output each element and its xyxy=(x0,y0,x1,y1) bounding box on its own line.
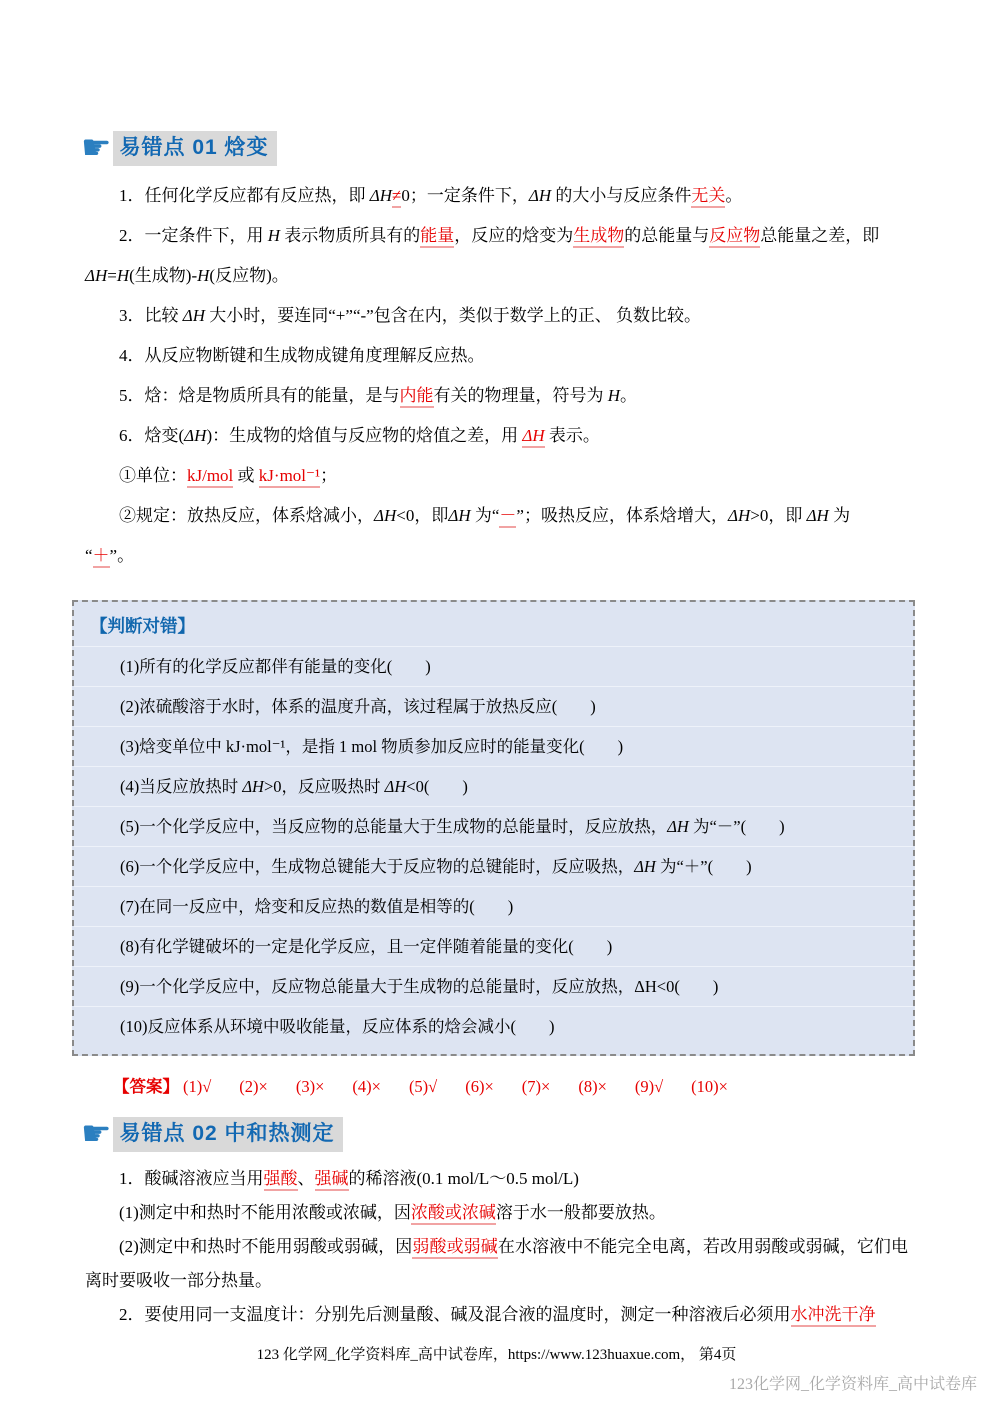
text-segment: ΔH xyxy=(385,777,407,796)
text-segment: ΔH xyxy=(374,506,396,525)
answers-values: (1)√(2)×(3)×(4)×(5)√(6)×(7)×(8)×(9)√(10)… xyxy=(183,1077,756,1096)
judge-item: (3)焓变单位中 kJ·mol⁻¹，是指 1 mol 物质参加反应时的能量变化(… xyxy=(74,726,913,766)
text-segment: 的稀溶液(0.1 mol/L～0.5 mol/L) xyxy=(349,1169,579,1188)
text-segment: kJ/mol xyxy=(187,466,233,488)
text-segment: ； xyxy=(320,466,337,485)
text-segment: >0，反应吸热时 xyxy=(264,777,385,796)
text-segment: (6)一个化学反应中，生成物总键能大于反应物的总键能时，反应吸热， xyxy=(120,857,634,876)
paragraph: 2．要使用同一支温度计：分别先后测量酸、碱及混合液的温度时，测定一种溶液后必须用… xyxy=(85,1298,908,1332)
section1-title: 易错点 01 焓变 xyxy=(113,131,276,166)
text-segment: (生成物)- xyxy=(129,266,197,285)
text-segment: 总能量之差，即 xyxy=(760,226,879,245)
judge-panel: 【判断对错】 (1)所有的化学反应都伴有能量的变化( )(2)浓硫酸溶于水时，体… xyxy=(72,600,915,1056)
answers-line: 【答案】(1)√(2)×(3)×(4)×(5)√(6)×(7)×(8)×(9)√… xyxy=(85,1066,908,1108)
text-segment: (8)有化学键破坏的一定是化学反应，且一定伴随着能量的变化( ) xyxy=(120,937,612,956)
section1-header: ☛ 易错点 01 焓变 xyxy=(81,130,908,166)
text-segment: )：生成物的焓值与反应物的焓值之差，用 xyxy=(206,426,522,445)
text-segment: 表示。 xyxy=(545,426,600,445)
text-segment: 的大小与反应条件 xyxy=(551,186,691,205)
paragraph: ΔH=H(生成物)-H(反应物)。 xyxy=(85,256,908,296)
text-segment: ①单位： xyxy=(119,466,187,485)
text-segment: ΔH xyxy=(448,506,470,525)
text-segment: 2．要使用同一支温度计：分别先后测量酸、碱及混合液的温度时，测定一种溶液后必须用 xyxy=(119,1305,791,1324)
text-segment: 有关的物理量，符号为 xyxy=(434,386,608,405)
text-segment: >0，即 xyxy=(750,506,806,525)
judge-item: (1)所有的化学反应都伴有能量的变化( ) xyxy=(74,646,913,686)
text-segment: 为“－”( ) xyxy=(689,817,785,836)
text-segment: 大小时，要连同“+”“-”包含在内，类似于数学上的正、 负数比较。 xyxy=(205,306,701,325)
document-page: ☛ 易错点 01 焓变 1．任何化学反应都有反应热，即 ΔH≠0；一定条件下，Δ… xyxy=(0,0,993,1404)
text-segment: － xyxy=(499,506,516,528)
judge-item: (10)反应体系从环境中吸收能量，反应体系的焓会减小( ) xyxy=(74,1006,913,1046)
paragraph: (1)测定中和热时不能用浓酸或浓碱，因浓酸或浓碱溶于水一般都要放热。 xyxy=(85,1196,908,1230)
text-segment: 溶于水一般都要放热。 xyxy=(496,1203,666,1222)
answer-value: (8)× xyxy=(578,1077,607,1096)
text-segment: (4)当反应放热时 xyxy=(120,777,242,796)
judge-item: (2)浓硫酸溶于水时，体系的温度升高，该过程属于放热反应( ) xyxy=(74,686,913,726)
text-segment: ΔH xyxy=(667,817,689,836)
text-segment: H xyxy=(117,266,129,285)
text-segment: (7)在同一反应中，焓变和反应热的数值是相等的( ) xyxy=(120,897,513,916)
paragraph: 2．一定条件下，用 H 表示物质所具有的能量，反应的焓变为生成物的总能量与反应物… xyxy=(85,216,908,256)
text-segment: 为“＋”( ) xyxy=(656,857,752,876)
paragraph: 5．焓：焓是物质所具有的能量，是与内能有关的物理量，符号为 H。 xyxy=(85,376,908,416)
text-segment: 内能 xyxy=(400,386,434,408)
judge-item: (4)当反应放热时 ΔH>0，反应吸热时 ΔH<0( ) xyxy=(74,766,913,806)
pointing-hand-icon: ☛ xyxy=(81,1117,111,1151)
text-segment: 。 xyxy=(725,186,742,205)
text-segment: (2)测定中和热时不能用弱酸或弱碱，因 xyxy=(119,1237,412,1256)
answer-value: (4)× xyxy=(352,1077,381,1096)
text-segment: 为 xyxy=(829,506,850,525)
page-content: ☛ 易错点 01 焓变 1．任何化学反应都有反应热，即 ΔH≠0；一定条件下，Δ… xyxy=(0,0,993,1366)
text-segment: 水冲洗干净 xyxy=(791,1305,876,1327)
text-segment: 1．任何化学反应都有反应热，即 xyxy=(119,186,370,205)
text-segment: (3)焓变单位中 kJ·mol⁻¹，是指 1 mol 物质参加反应时的能量变化(… xyxy=(120,737,623,756)
answer-value: (5)√ xyxy=(409,1077,437,1096)
judge-item: (7)在同一反应中，焓变和反应热的数值是相等的( ) xyxy=(74,886,913,926)
section2-paragraphs: 1．酸碱溶液应当用强酸、强碱的稀溶液(0.1 mol/L～0.5 mol/L)(… xyxy=(85,1162,908,1332)
section1-paragraphs: 1．任何化学反应都有反应热，即 ΔH≠0；一定条件下，ΔH 的大小与反应条件无关… xyxy=(85,176,908,576)
answers-label: 【答案】 xyxy=(113,1078,179,1096)
section2-header: ☛ 易错点 02 中和热测定 xyxy=(81,1116,908,1152)
judge-item: (8)有化学键破坏的一定是化学反应，且一定伴随着能量的变化( ) xyxy=(74,926,913,966)
text-segment: ＋ xyxy=(93,546,110,568)
text-segment: kJ·mol⁻¹ xyxy=(259,466,320,488)
paragraph: (2)测定中和热时不能用弱酸或弱碱，因弱酸或弱碱在水溶液中不能完全电离，若改用弱… xyxy=(85,1230,908,1298)
text-segment: 为“ xyxy=(471,506,500,525)
paragraph: 1．任何化学反应都有反应热，即 ΔH≠0；一定条件下，ΔH 的大小与反应条件无关… xyxy=(85,176,908,216)
text-segment: <0，即 xyxy=(396,506,448,525)
paragraph: ①单位：kJ/mol 或 kJ·mol⁻¹； xyxy=(85,456,908,496)
answer-value: (6)× xyxy=(465,1077,494,1096)
text-segment: ΔH xyxy=(522,426,544,448)
text-segment: ΔH xyxy=(85,266,107,285)
text-segment: ΔH xyxy=(634,857,656,876)
text-segment: 弱酸或弱碱 xyxy=(412,1237,497,1259)
text-segment: ΔH xyxy=(807,506,829,525)
paragraph: 4．从反应物断键和生成物成键角度理解反应热。 xyxy=(85,336,908,376)
text-segment: ②规定：放热反应，体系焓减小， xyxy=(119,506,374,525)
answer-value: (7)× xyxy=(522,1077,551,1096)
text-segment: (5)一个化学反应中，当反应物的总能量大于生成物的总能量时，反应放热， xyxy=(120,817,667,836)
judge-panel-items: (1)所有的化学反应都伴有能量的变化( )(2)浓硫酸溶于水时，体系的温度升高，… xyxy=(74,646,913,1046)
judge-item: (9)一个化学反应中，反应物总能量大于生成物的总能量时，反应放热，ΔH<0( ) xyxy=(74,966,913,1006)
text-segment: 反应物 xyxy=(709,226,760,248)
text-segment: 强酸 xyxy=(264,1169,298,1191)
text-segment: 能量 xyxy=(420,226,454,248)
answer-value: (9)√ xyxy=(635,1077,663,1096)
answer-value: (10)× xyxy=(691,1077,728,1096)
paragraph: 3．比较 ΔH 大小时，要连同“+”“-”包含在内，类似于数学上的正、 负数比较… xyxy=(85,296,908,336)
judge-item: (5)一个化学反应中，当反应物的总能量大于生成物的总能量时，反应放热，ΔH 为“… xyxy=(74,806,913,846)
text-segment: ΔH xyxy=(242,777,264,796)
answer-value: (1)√ xyxy=(183,1077,211,1096)
text-segment: (1)测定中和热时不能用浓酸或浓碱，因 xyxy=(119,1203,411,1222)
text-segment: ΔH xyxy=(183,306,205,325)
text-segment: 无关 xyxy=(691,186,725,208)
paragraph: 1．酸碱溶液应当用强酸、强碱的稀溶液(0.1 mol/L～0.5 mol/L) xyxy=(85,1162,908,1196)
text-segment: 生成物 xyxy=(573,226,624,248)
section2-title: 易错点 02 中和热测定 xyxy=(113,1117,342,1152)
answer-value: (3)× xyxy=(296,1077,325,1096)
text-segment: ΔH xyxy=(529,186,551,205)
text-segment: 。 xyxy=(620,386,637,405)
text-segment: 2．一定条件下，用 xyxy=(119,226,268,245)
text-segment: (10)反应体系从环境中吸收能量，反应体系的焓会减小( ) xyxy=(120,1017,554,1036)
text-segment: 或 xyxy=(233,466,259,485)
text-segment: ”。 xyxy=(110,546,135,565)
paragraph: 6．焓变(ΔH)：生成物的焓值与反应物的焓值之差，用 ΔH 表示。 xyxy=(85,416,908,456)
text-segment: 表示物质所具有的 xyxy=(280,226,420,245)
text-segment: 1．酸碱溶液应当用 xyxy=(119,1169,264,1188)
text-segment: ≠ xyxy=(392,186,401,208)
text-segment: 5．焓：焓是物质所具有的能量，是与 xyxy=(119,386,400,405)
text-segment: 3．比较 xyxy=(119,306,183,325)
text-segment: 6．焓变( xyxy=(119,426,184,445)
judge-panel-title: 【判断对错】 xyxy=(74,606,913,646)
judge-item: (6)一个化学反应中，生成物总键能大于反应物的总键能时，反应吸热，ΔH 为“＋”… xyxy=(74,846,913,886)
text-segment: (9)一个化学反应中，反应物总能量大于生成物的总能量时，反应放热，ΔH<0( ) xyxy=(120,977,718,996)
text-segment: ΔH xyxy=(728,506,750,525)
text-segment: 浓酸或浓碱 xyxy=(411,1203,496,1225)
text-segment: ΔH xyxy=(370,186,392,205)
text-segment: ，反应的焓变为 xyxy=(454,226,573,245)
text-segment: (1)所有的化学反应都伴有能量的变化( ) xyxy=(120,657,431,676)
text-segment: (2)浓硫酸溶于水时，体系的温度升高，该过程属于放热反应( ) xyxy=(120,697,596,716)
text-segment: “ xyxy=(85,546,93,565)
paragraph: “＋”。 xyxy=(85,536,908,576)
text-segment: <0( ) xyxy=(406,777,468,796)
pointing-hand-icon: ☛ xyxy=(81,131,111,165)
watermark: 123化学网_化学资料库_高中试卷库 xyxy=(729,1371,977,1394)
text-segment: ΔH xyxy=(184,426,206,445)
text-segment: H xyxy=(608,386,620,405)
text-segment: (反应物)。 xyxy=(209,266,288,285)
text-segment: 强碱 xyxy=(315,1169,349,1191)
text-segment: 4．从反应物断键和生成物成键角度理解反应热。 xyxy=(119,346,485,365)
page-footer: 123 化学网_化学资料库_高中试卷库，https://www.123huaxu… xyxy=(85,1344,908,1366)
text-segment: 、 xyxy=(298,1169,315,1188)
answer-value: (2)× xyxy=(239,1077,268,1096)
text-segment: H xyxy=(268,226,280,245)
text-segment: H xyxy=(197,266,209,285)
text-segment: 的总能量与 xyxy=(624,226,709,245)
paragraph: ②规定：放热反应，体系焓减小，ΔH<0，即ΔH 为“－”；吸热反应，体系焓增大，… xyxy=(85,496,908,536)
text-segment: 0；一定条件下， xyxy=(401,186,529,205)
text-segment: = xyxy=(107,266,117,285)
text-segment: ”；吸热反应，体系焓增大， xyxy=(516,506,728,525)
